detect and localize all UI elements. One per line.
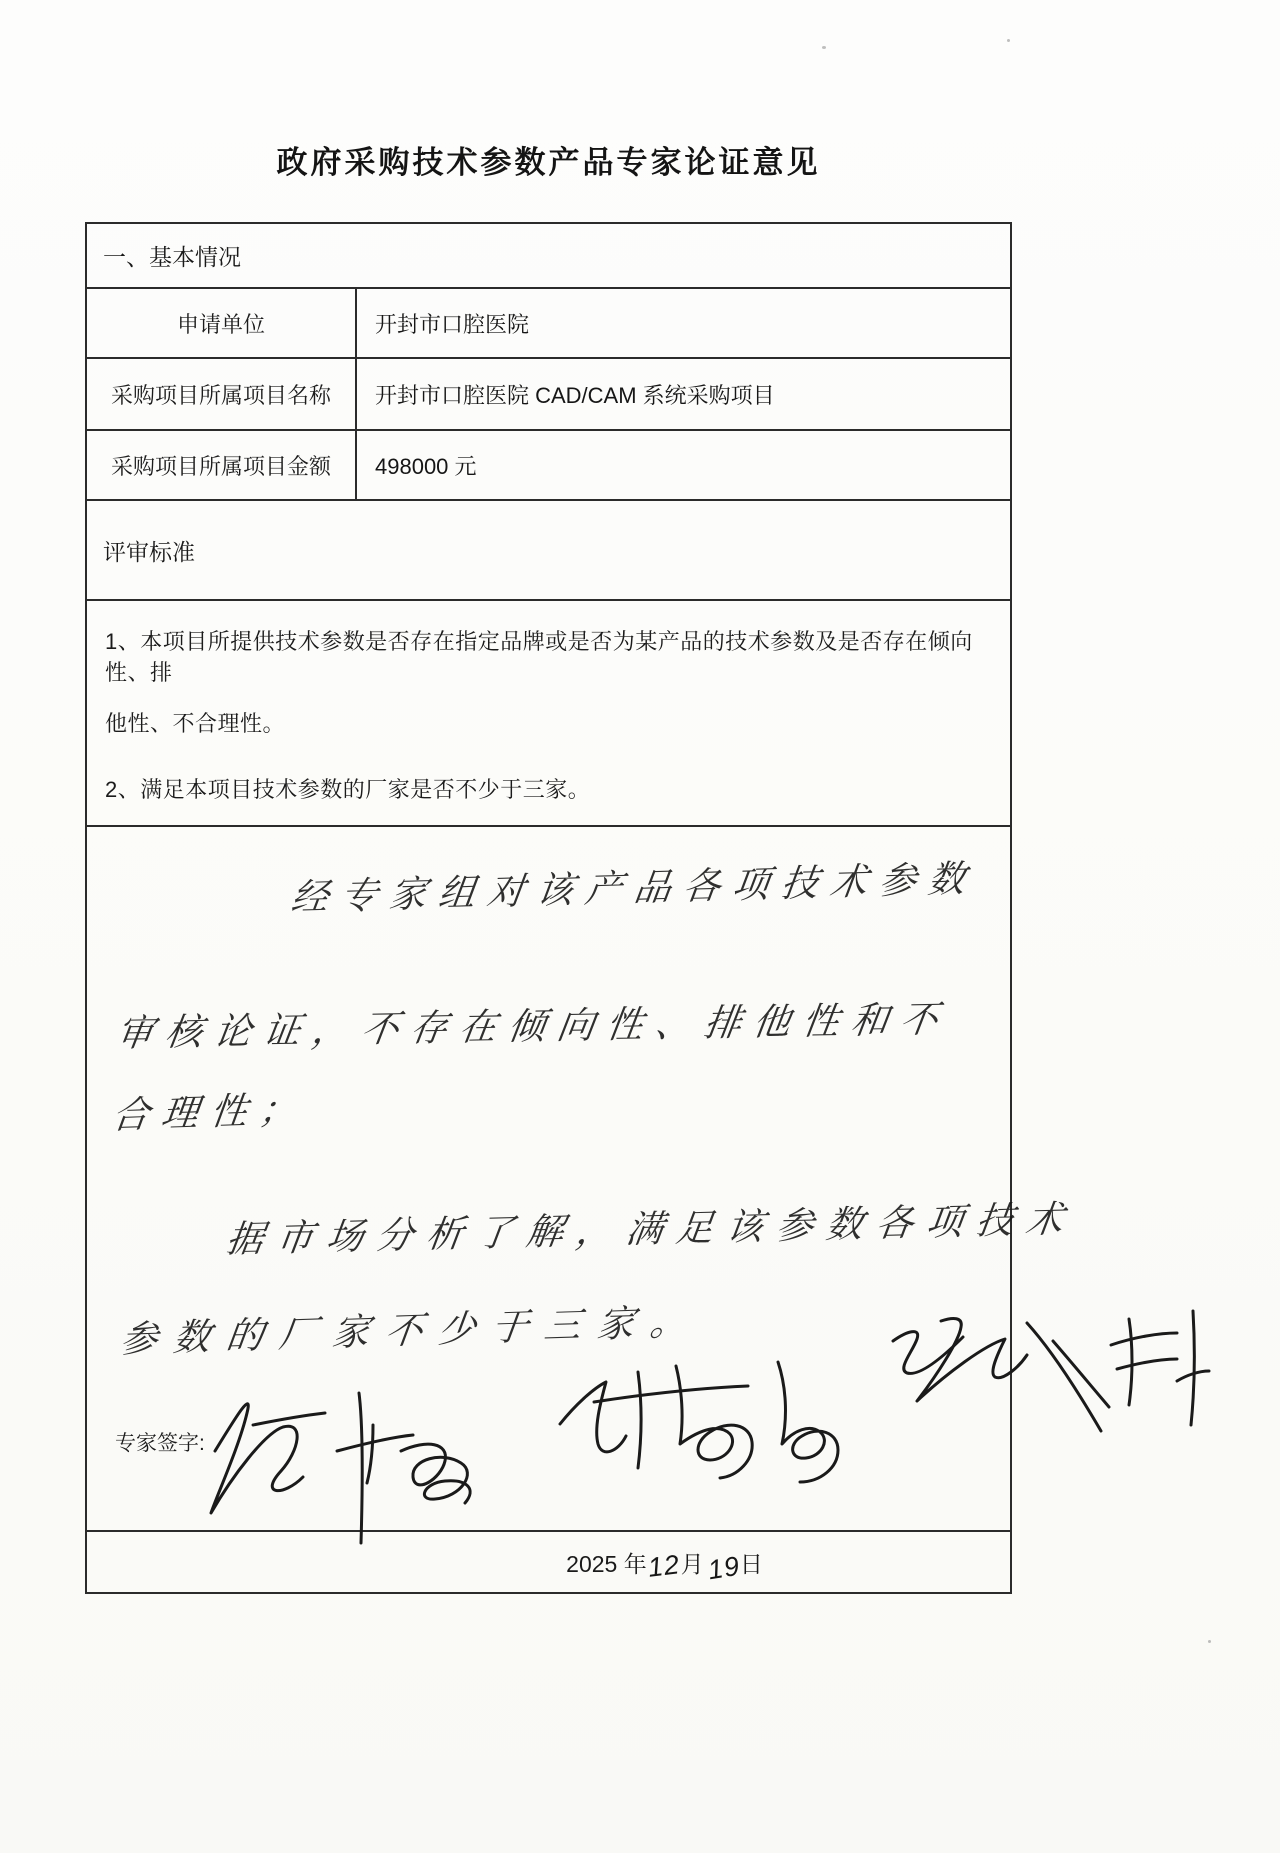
row-value-applicant: 开封市口腔医院: [355, 289, 1010, 357]
table-row: 采购项目所属项目名称 开封市口腔医院 CAD/CAM 系统采购项目: [87, 357, 1010, 429]
date-day-handwritten: 19: [706, 1550, 743, 1586]
criteria-header-row: 评审标准: [87, 499, 1010, 599]
handwritten-opinion-line: 合理性；: [110, 1078, 313, 1139]
expert-signature-3: [877, 1297, 1227, 1457]
table-row: 采购项目所属项目金额 498000 元: [87, 429, 1010, 499]
criteria-header-text: 评审标准: [103, 534, 195, 567]
scan-speck: [1007, 39, 1010, 42]
row-value-project-amount: 498000 元: [355, 431, 1010, 499]
page-title: 政府采购技术参数产品专家论证意见: [85, 137, 1012, 182]
criteria-text-cell: 1、本项目所提供技术参数是否存在指定品牌或是否为某产品的技术参数及是否存在倾向性…: [87, 599, 1010, 825]
scan-speck: [1208, 1640, 1211, 1643]
criteria-line: 1、本项目所提供技术参数是否存在指定品牌或是否为某产品的技术参数及是否存在倾向性…: [105, 623, 992, 689]
expert-signature-2: [542, 1332, 882, 1502]
criteria-line: 2、满足本项目技术参数的厂家是否不少于三家。: [105, 755, 992, 821]
date-year: 2025 年: [566, 1546, 647, 1579]
handwritten-opinion-line: 经专家组对该产品各项技术参数: [288, 848, 981, 921]
criteria-line: 他性、不合理性。: [105, 689, 992, 755]
handwritten-opinion-line: 据市场分析了解，满足该参数各项技术: [223, 1188, 1080, 1263]
scanned-sheet: 政府采购技术参数产品专家论证意见 一、基本情况 申请单位 开封市口腔医院 采购项…: [0, 0, 1280, 1853]
row-label-applicant: 申请单位: [87, 289, 355, 357]
table-row: 申请单位 开封市口腔医院: [87, 287, 1010, 357]
row-label-project-name: 采购项目所属项目名称: [87, 359, 355, 429]
expert-signature-1: [187, 1355, 517, 1555]
row-label-project-amount: 采购项目所属项目金额: [87, 431, 355, 499]
expert-opinion-cell: 经专家组对该产品各项技术参数 审核论证，不存在倾向性、排他性和不 合理性； 据市…: [87, 825, 1010, 1530]
date-day-unit: 日: [740, 1546, 763, 1579]
review-date: 2025 年 12 月 19 日: [566, 1546, 763, 1579]
scan-speck: [822, 46, 826, 49]
row-value-project-name: 开封市口腔医院 CAD/CAM 系统采购项目: [355, 359, 1010, 429]
review-form-table: 一、基本情况 申请单位 开封市口腔医院 采购项目所属项目名称 开封市口腔医院 C…: [85, 222, 1012, 1594]
date-month-handwritten: 12: [646, 1549, 682, 1584]
section-header-basic-info: 一、基本情况: [87, 224, 1010, 287]
handwritten-opinion-line: 审核论证，不存在倾向性、排他性和不: [113, 988, 953, 1057]
section-header-text: 一、基本情况: [103, 239, 241, 272]
date-month-unit: 月: [681, 1546, 704, 1579]
